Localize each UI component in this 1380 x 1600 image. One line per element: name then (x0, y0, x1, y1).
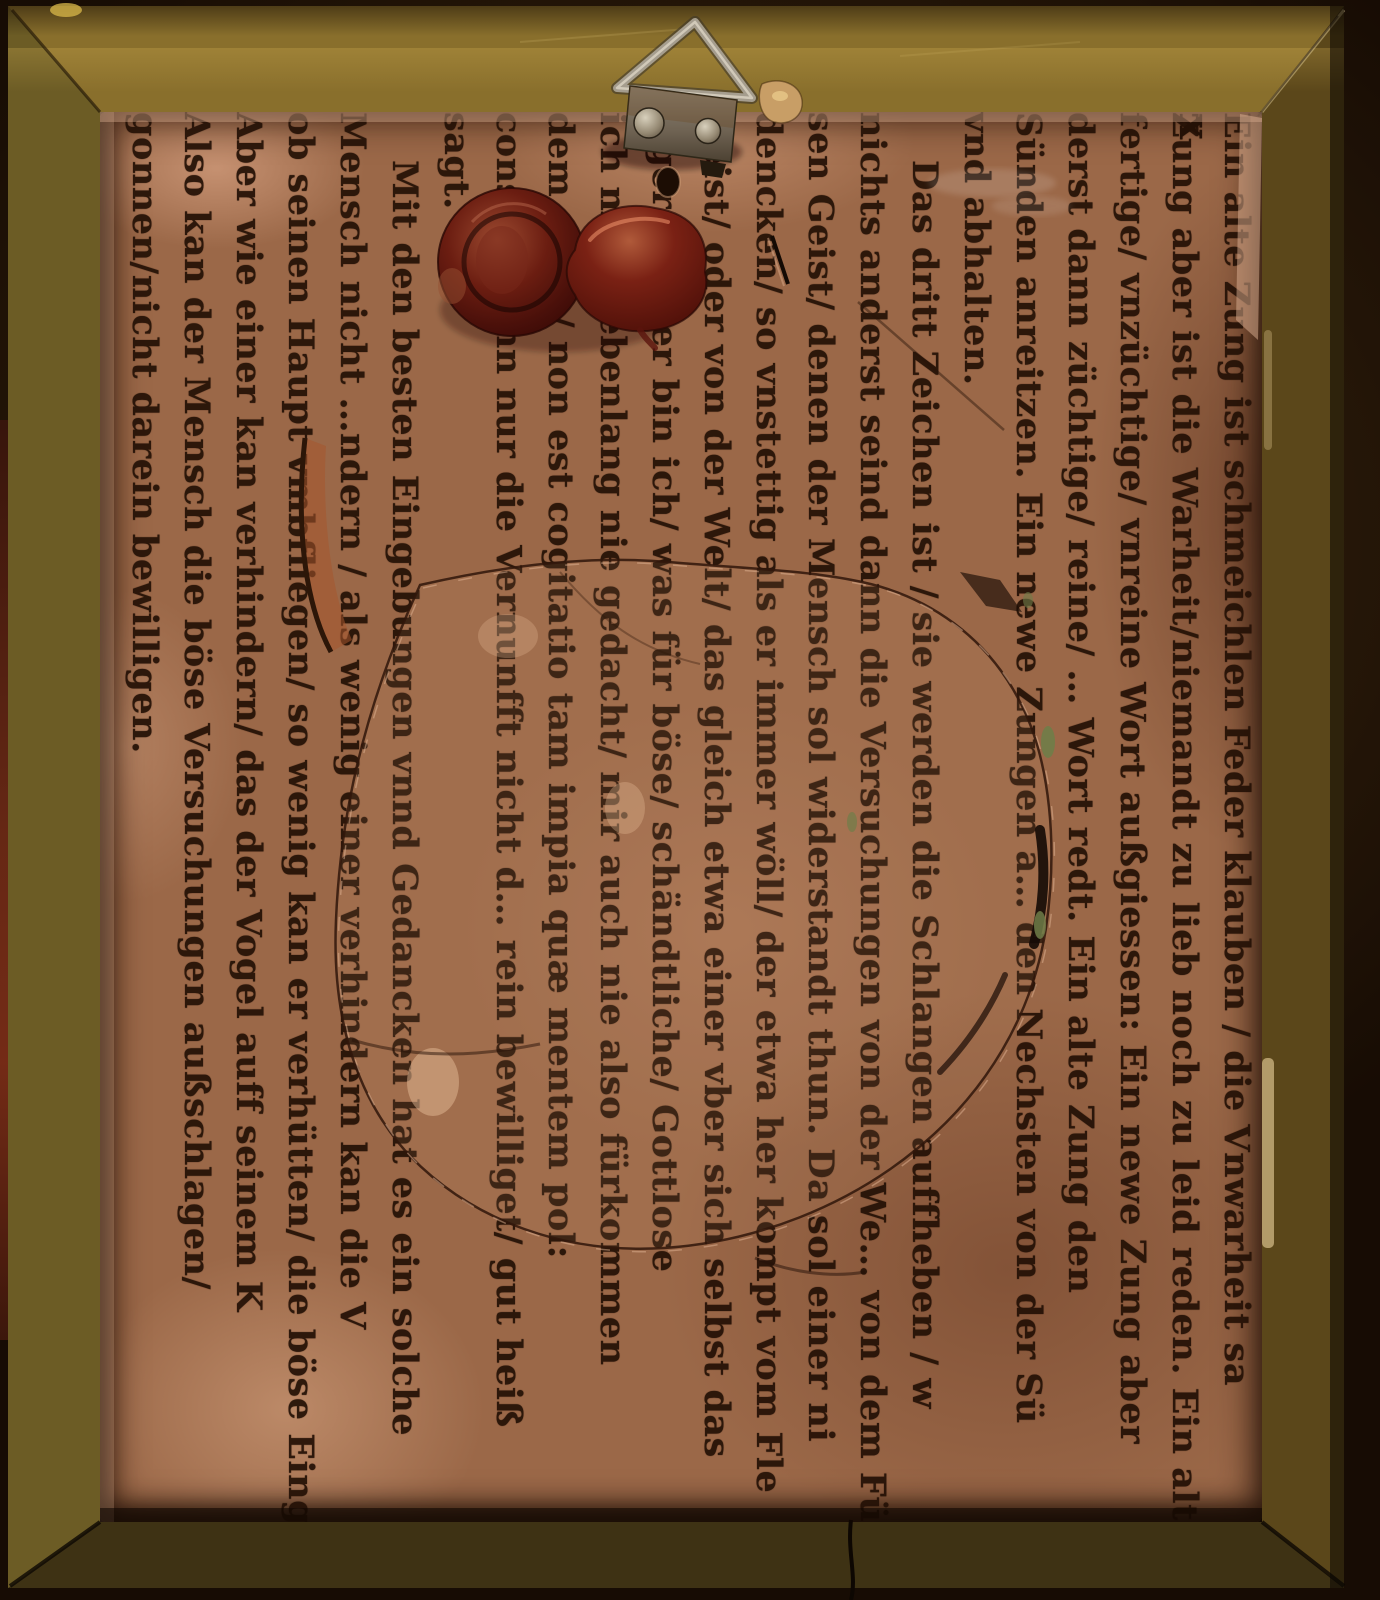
plaster-crumb (759, 81, 802, 123)
nail-hole (656, 167, 680, 197)
frame-inner-highlight (1262, 1058, 1274, 1248)
tear-notch (960, 572, 1022, 612)
wax-seal (438, 188, 706, 352)
photo-of-frame-back: Ein alte Zung ist schmeichlen Feder klau… (0, 0, 1380, 1600)
detail-overlay (0, 0, 1380, 1600)
hanging-hardware (602, 22, 802, 197)
ghost-print-smudge (928, 169, 1056, 197)
frame-bottom-crack (850, 1520, 853, 1600)
green-backing-fleck (1041, 726, 1055, 758)
rivet-right (696, 119, 721, 144)
curled-tear-flap (301, 438, 352, 652)
wax-seal-right-lobe (567, 206, 707, 331)
gilt-fleck (50, 3, 82, 17)
rivet-left (634, 108, 664, 138)
oval-torn-area (336, 560, 1055, 1274)
